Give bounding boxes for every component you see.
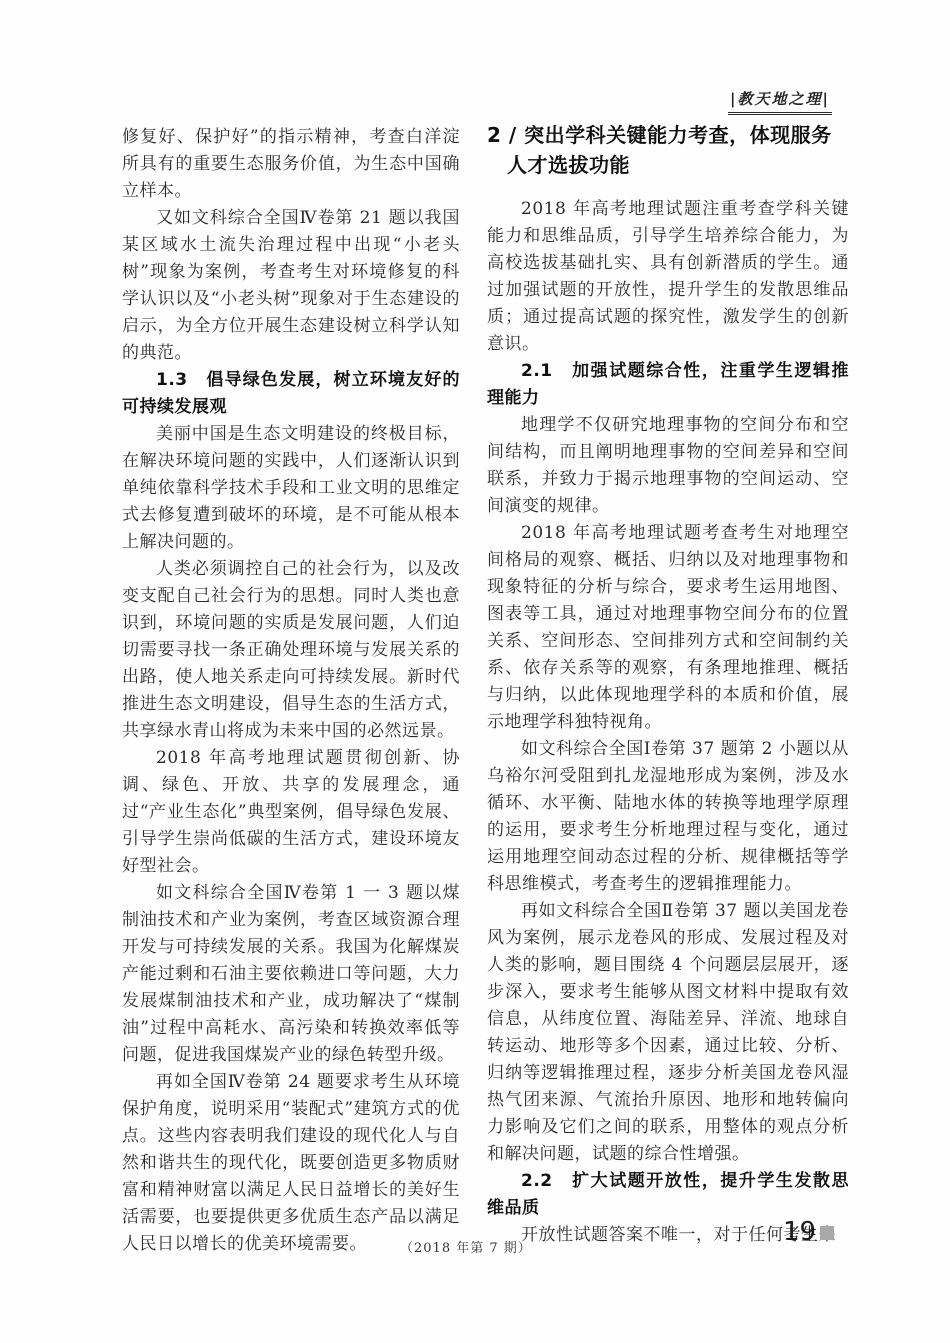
subsection-heading-1-3: 1.3 倡导绿色发展，树立环境友好的可持续发展观 bbox=[122, 367, 460, 421]
right-column: 2 / 突出学科关键能力考查，体现服务人才选拔功能 2018 年高考地理试题注重… bbox=[487, 120, 849, 1249]
footer-issue-info: （2018 年第 7 期） bbox=[400, 1237, 532, 1256]
page-number-block: 19 bbox=[783, 1219, 834, 1245]
paragraph: 如文科综合全国Ⅳ卷第 1 一 3 题以煤制油技术和产业为案例，考查区域资源合理开… bbox=[122, 880, 460, 1069]
paragraph: 美丽中国是生态文明建设的终极目标，在解决环境问题的实践中，人们逐渐认识到单纯依靠… bbox=[122, 421, 460, 556]
paragraph: 如文科综合全国Ⅰ卷第 37 题第 2 小题以从乌裕尔河受阻到扎龙湿地形成为案例，… bbox=[487, 736, 849, 898]
page-number-square-marker bbox=[820, 1226, 834, 1240]
paragraph: 修复好、保护好”的指示精神，考查白洋淀所具有的重要生态服务价值，为生态中国确立样… bbox=[122, 124, 460, 205]
paragraph: 再如文科综合全国Ⅱ卷第 37 题以美国龙卷风为案例，展示龙卷风的形成、发展过程及… bbox=[487, 898, 849, 1168]
paragraph: 又如文科综合全国Ⅳ卷第 21 题以我国某区域水土流失治理过程中出现“小老头树”现… bbox=[122, 205, 460, 367]
page-number: 19 bbox=[783, 1219, 816, 1245]
journal-section-badge: |教天地之理| bbox=[728, 88, 832, 115]
paragraph: 2018 年高考地理试题贯彻创新、协调、绿色、开放、共享的发展理念，通过“产业生… bbox=[122, 745, 460, 880]
paragraph: 地理学不仅研究地理事物的空间分布和空间结构，而且阐明地理事物的空间差异和空间联系… bbox=[487, 412, 849, 520]
section-heading-2: 2 / 突出学科关键能力考查，体现服务人才选拔功能 bbox=[487, 120, 849, 180]
paragraph: 2018 年高考地理试题注重考查学科关键能力和思维品质，引导学生培养综合能力，为… bbox=[487, 196, 849, 358]
subsection-heading-2-1: 2.1 加强试题综合性，注重学生逻辑推理能力 bbox=[487, 358, 849, 412]
left-column: 修复好、保护好”的指示精神，考查白洋淀所具有的重要生态服务价值，为生态中国确立样… bbox=[122, 124, 460, 1258]
journal-page: |教天地之理| 修复好、保护好”的指示精神，考查白洋淀所具有的重要生态服务价值，… bbox=[0, 0, 950, 1343]
paragraph: 2018 年高考地理试题考查考生对地理空间格局的观察、概括、归纳以及对地理事物和… bbox=[487, 520, 849, 736]
paragraph: 再如全国Ⅳ卷第 24 题要求考生从环境保护角度，说明采用“装配式”建筑方式的优点… bbox=[122, 1069, 460, 1258]
paragraph: 人类必须调控自己的社会行为，以及改变支配自己社会行为的思想。同时人类也意识到，环… bbox=[122, 556, 460, 745]
subsection-heading-2-2: 2.2 扩大试题开放性，提升学生发散思维品质 bbox=[487, 1168, 849, 1222]
